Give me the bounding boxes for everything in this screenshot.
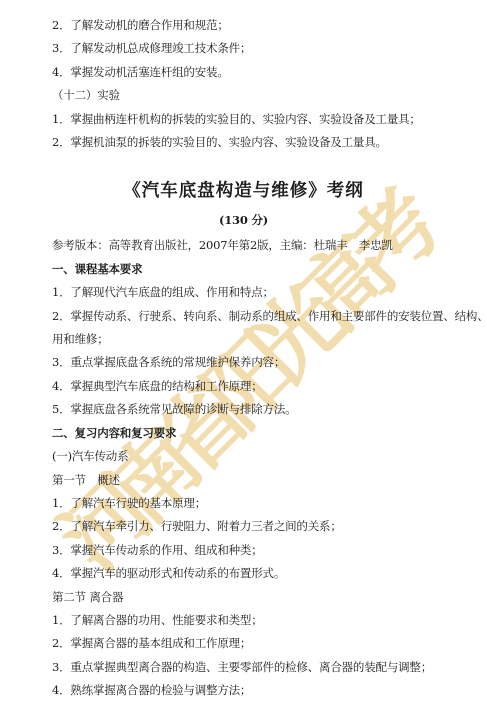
text-line: 2．了解发动机的磨合作用和规范； (0, 14, 487, 37)
text-line: 2．掌握离合器的基本组成和工作原理； (0, 632, 487, 655)
text-line: 2．了解汽车牵引力、行驶阻力、附着力三者之间的关系； (0, 515, 487, 538)
text-line: 4．掌握典型汽车底盘的结构和工作原理； (0, 375, 487, 398)
text-line: 3．了解发动机总成修理竣工技术条件； (0, 37, 487, 60)
text-line: 2．掌握传动系、行驶系、转向系、制动系的组成、作用和主要部件的安装位置、结构、使 (0, 305, 487, 328)
text-line: 用和维修； (0, 328, 487, 351)
text-line: 1．了解现代汽车底盘的组成、作用和特点； (0, 281, 487, 304)
score-line: (130 分) (0, 208, 487, 232)
text-line: 3．重点掌握底盘各系统的常规维护保养内容； (0, 351, 487, 374)
text-line: 1．了解汽车行驶的基本原理； (0, 492, 487, 515)
text-line: 4．掌握发动机活塞连杆组的安装。 (0, 61, 487, 84)
section-heading: 一、课程基本要求 (0, 258, 487, 281)
text-line: 3．掌握汽车传动系的作用、组成和种类； (0, 539, 487, 562)
text-line: 第二节 离合器 (0, 586, 487, 609)
text-line: （十二）实验 (0, 84, 487, 107)
text-line: 第一节 概述 (0, 469, 487, 492)
text-line: (一)汽车传动系 (0, 445, 487, 468)
document-title: 《汽车底盘构造与维修》考纲 (0, 178, 487, 204)
text-line: 1．掌握曲柄连杆机构的拆装的实验目的、实验内容、实验设备及工量具； (0, 108, 487, 131)
text-line: 参考版本：高等教育出版社，2007年第2版，主编：杜瑞丰 李忠凯 (0, 234, 487, 257)
section-heading: 二、复习内容和复习要求 (0, 422, 487, 445)
text-line: 1．了解离合器的功用、性能要求和类型； (0, 609, 487, 632)
text-line: 2．掌握机油泵的拆装的实验目的、实验内容、实验设备及工量具。 (0, 131, 487, 154)
text-line: 5．掌握底盘各系统常见故障的诊断与排除方法。 (0, 398, 487, 421)
document-body: 2．了解发动机的磨合作用和规范；3．了解发动机总成修理竣工技术条件；4．掌握发动… (0, 0, 487, 703)
text-line: 4．掌握汽车的驱动形式和传动系的布置形式。 (0, 562, 487, 585)
text-line: 4．熟练掌握离合器的检验与调整方法； (0, 679, 487, 702)
text-line: 3．重点掌握典型离合器的构造、主要零部件的检修、离合器的装配与调整； (0, 656, 487, 679)
document-page: 河南省阳光高考 2．了解发动机的磨合作用和规范；3．了解发动机总成修理竣工技术条… (0, 0, 487, 713)
